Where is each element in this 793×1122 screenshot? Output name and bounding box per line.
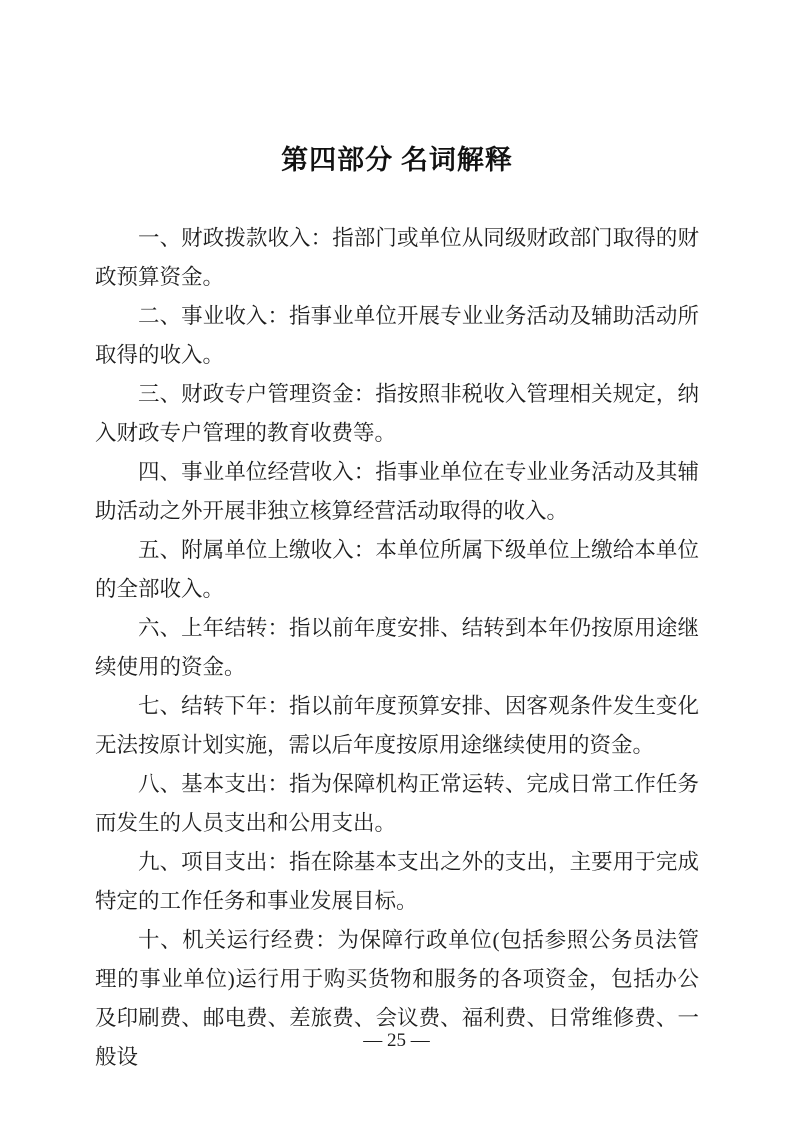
definition-paragraph: 七、结转下年：指以前年度预算安排、因客观条件发生变化无法按原计划实施，需以后年度… [95, 687, 699, 765]
definition-paragraph: 二、事业收入：指事业单位开展专业业务活动及辅助活动所取得的收入。 [95, 297, 699, 375]
definition-paragraph: 一、财政拨款收入：指部门或单位从同级财政部门取得的财政预算资金。 [95, 219, 699, 297]
document-page: 第四部分 名词解释 一、财政拨款收入：指部门或单位从同级财政部门取得的财政预算资… [0, 0, 793, 1122]
body-text: 一、财政拨款收入：指部门或单位从同级财政部门取得的财政预算资金。 二、事业收入：… [95, 219, 699, 1077]
page-title: 第四部分 名词解释 [95, 138, 699, 177]
definition-paragraph: 十、机关运行经费：为保障行政单位(包括参照公务员法管理的事业单位)运行用于购买货… [95, 921, 699, 1077]
definition-paragraph: 三、财政专户管理资金：指按照非税收入管理相关规定，纳入财政专户管理的教育收费等。 [95, 375, 699, 453]
page-content: 第四部分 名词解释 一、财政拨款收入：指部门或单位从同级财政部门取得的财政预算资… [95, 0, 699, 1077]
definition-paragraph: 四、事业单位经营收入：指事业单位在专业业务活动及其辅助活动之外开展非独立核算经营… [95, 453, 699, 531]
definition-paragraph: 八、基本支出：指为保障机构正常运转、完成日常工作任务而发生的人员支出和公用支出。 [95, 765, 699, 843]
definition-paragraph: 五、附属单位上缴收入：本单位所属下级单位上缴给本单位的全部收入。 [95, 531, 699, 609]
definition-paragraph: 九、项目支出：指在除基本支出之外的支出，主要用于完成特定的工作任务和事业发展目标… [95, 843, 699, 921]
definition-paragraph: 六、上年结转：指以前年度安排、结转到本年仍按原用途继续使用的资金。 [95, 609, 699, 687]
page-number: — 25 — [0, 1030, 793, 1052]
